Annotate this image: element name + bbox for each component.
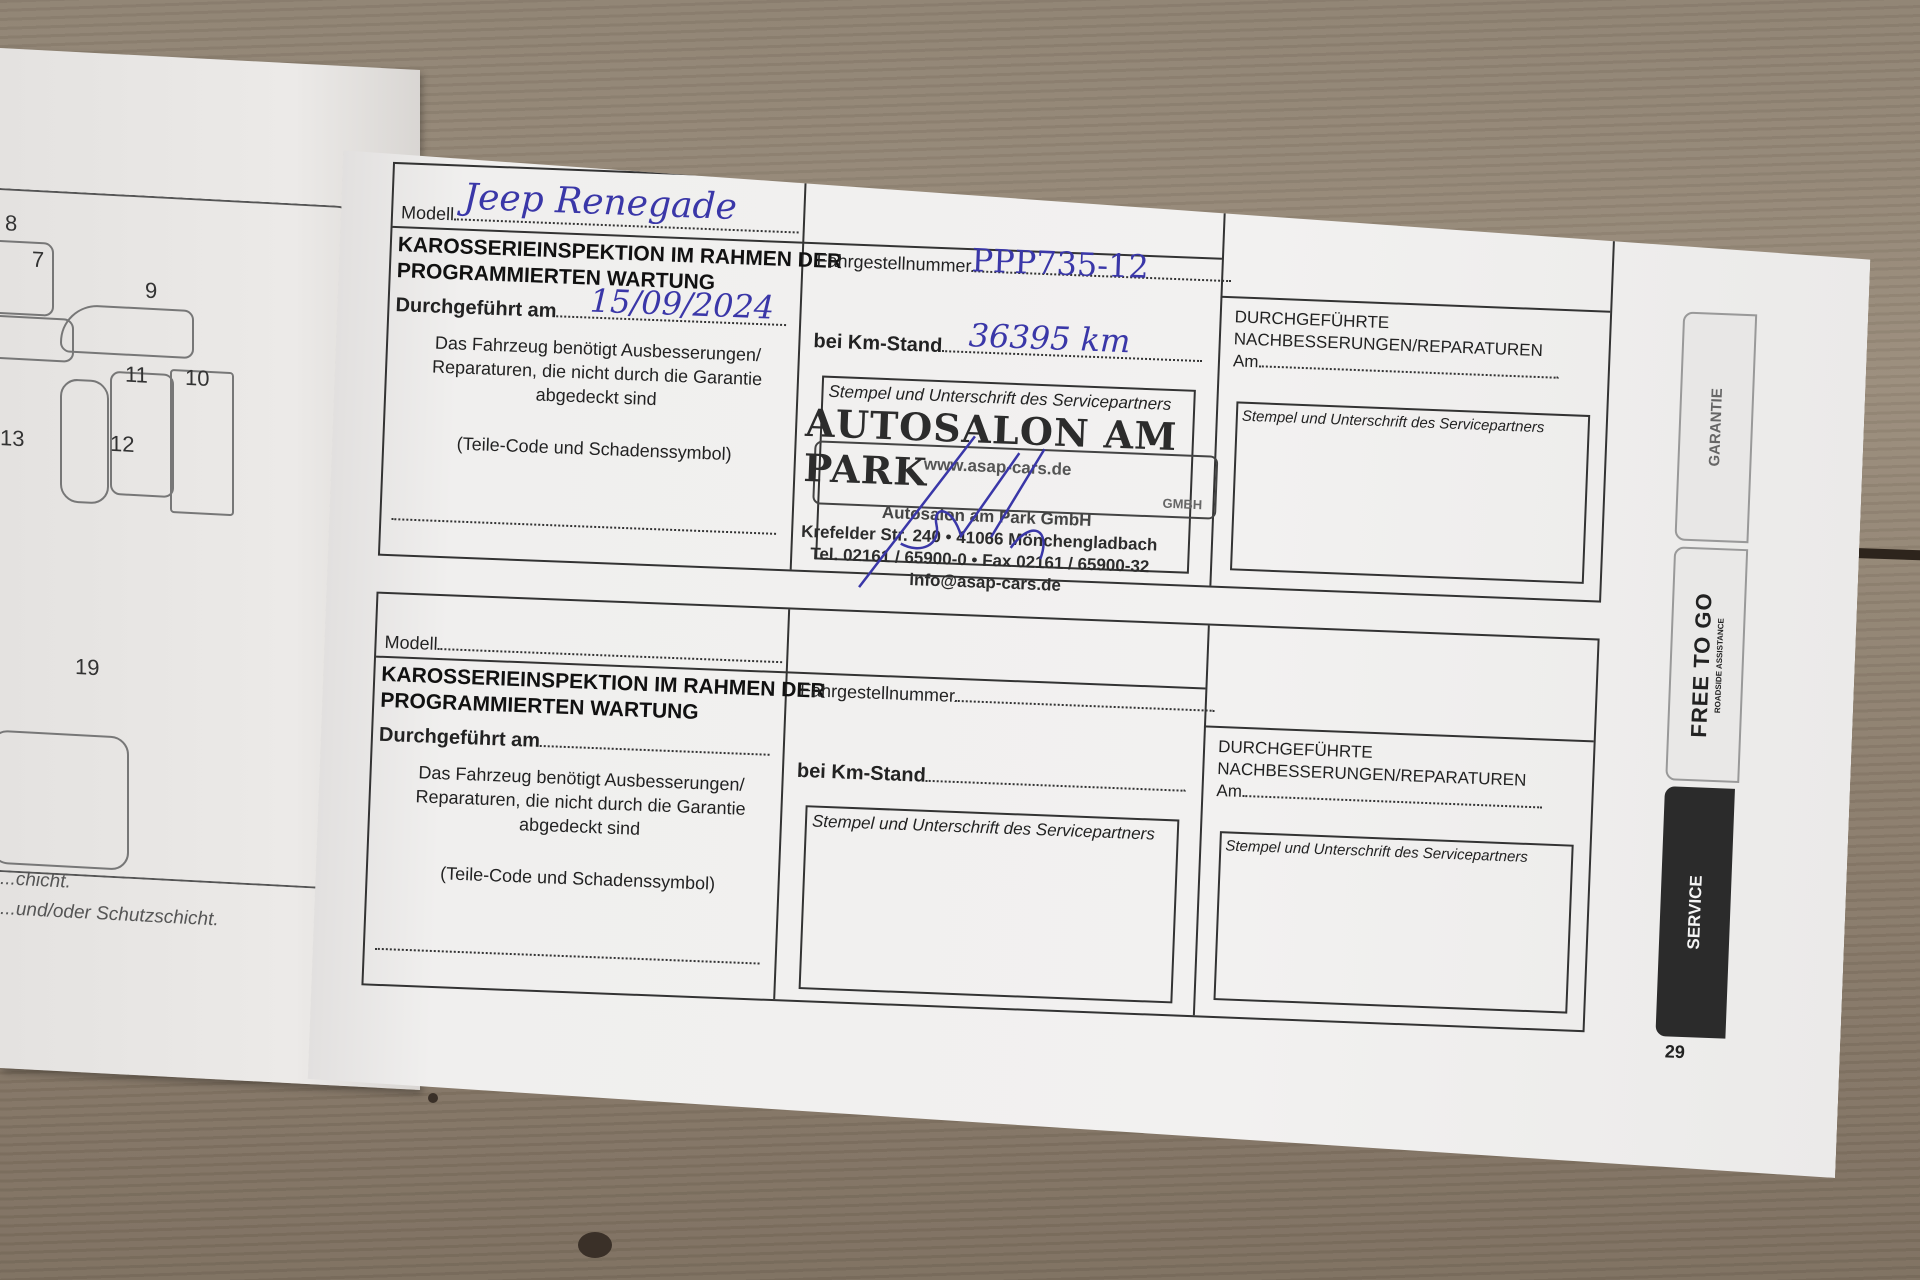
repairs-stamp-box[interactable]: Stempel und Unterschrift des Servicepart… — [1213, 831, 1573, 1013]
tab-garantie[interactable]: GARANTIE — [1674, 312, 1757, 544]
left-note-line: ...chicht. — [0, 868, 71, 894]
right-page: Modell Jeep Renegade KAROSSERIEINSPEKTIO… — [306, 110, 1874, 1178]
tab-free-to-go[interactable]: FREE TO GO ROADSIDE ASSISTANCE — [1665, 546, 1748, 783]
table-knot — [428, 1093, 438, 1103]
table-knot — [578, 1232, 612, 1258]
diagram-panel — [60, 378, 109, 505]
diagram-panel — [0, 729, 129, 870]
dealer-suffix: GMBH — [1162, 496, 1202, 513]
diagram-label: 9 — [145, 278, 157, 305]
repairs-heading: DURCHGEFÜHRTE NACHBESSERUNGEN/REPARATURE… — [1216, 736, 1544, 814]
diagram-label: 11 — [125, 362, 148, 389]
diagram-label: 7 — [32, 247, 44, 274]
tab-service[interactable]: SERVICE — [1655, 786, 1735, 1039]
mileage-label: bei Km-Stand — [797, 760, 1187, 798]
parts-code-line — [391, 504, 777, 540]
inspection-form-2: Modell KAROSSERIEINSPEKTION IM RAHMEN DE… — [361, 592, 1599, 1033]
diagram-panel — [60, 303, 194, 359]
signature — [839, 421, 1105, 601]
performed-label: Durchgeführt am — [379, 724, 771, 762]
damage-diagram-frame: 8 7 9 11 10 13 12 19 — [0, 188, 357, 891]
repairs-heading: DURCHGEFÜHRTE NACHBESSERUNGEN/REPARATURE… — [1233, 306, 1561, 384]
mileage-value[interactable]: 36395 km — [968, 316, 1131, 360]
repairs-stamp-box[interactable]: Stempel und Unterschrift des Servicepart… — [1230, 401, 1590, 583]
diagram-label: 12 — [110, 431, 134, 458]
chassis-value[interactable]: PPP735-12 — [971, 241, 1150, 286]
inspection-form-1: Modell Jeep Renegade KAROSSERIEINSPEKTIO… — [378, 162, 1616, 603]
parts-code-label: (Teile-Code und Schadenssymbol) — [397, 860, 758, 898]
repair-description: Das Fahrzeug benötigt Ausbesserungen/ Re… — [416, 330, 778, 416]
parts-code-label: (Teile-Code und Schadenssymbol) — [414, 430, 775, 468]
diagram-label: 8 — [5, 210, 17, 237]
diagram-label: 13 — [0, 425, 24, 452]
performed-date-value[interactable]: 15/09/2024 — [589, 282, 775, 327]
diagram-label: 19 — [75, 654, 99, 681]
parts-code-line — [375, 934, 761, 970]
page-number: 29 — [1664, 1041, 1685, 1063]
left-note-line: ...und/oder Schutzschicht. — [0, 898, 219, 931]
diagram-panel — [0, 239, 54, 316]
repair-description: Das Fahrzeug benötigt Ausbesserungen/ Re… — [399, 760, 761, 846]
diagram-label: 10 — [185, 365, 209, 392]
service-stamp-box[interactable]: Stempel und Unterschrift des Servicepart… — [799, 805, 1180, 1003]
